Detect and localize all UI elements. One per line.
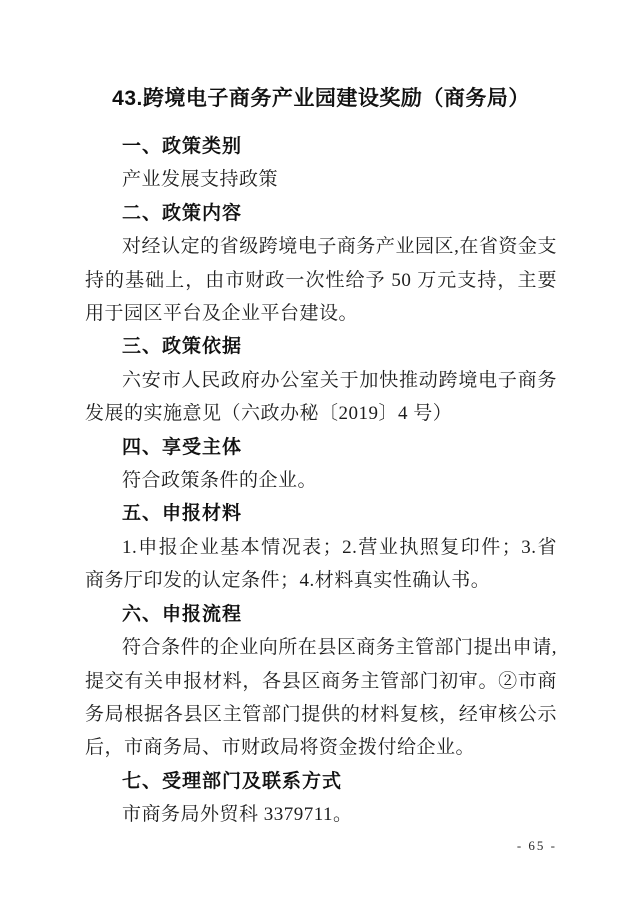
section-policy-category: 一、政策类别 产业发展支持政策 <box>85 130 557 197</box>
section-heading: 三、政策依据 <box>85 330 557 363</box>
section-body: 对经认定的省级跨境电子商务产业园区,在省资金支持的基础上，由市财政一次性给予 5… <box>85 230 557 330</box>
section-heading: 五、申报材料 <box>85 497 557 530</box>
section-policy-basis: 三、政策依据 六安市人民政府办公室关于加快推动跨境电子商务发展的实施意见（六政办… <box>85 330 557 430</box>
section-heading: 二、政策内容 <box>85 197 557 230</box>
section-heading: 六、申报流程 <box>85 598 557 631</box>
section-contact-info: 七、受理部门及联系方式 市商务局外贸科 3379711。 <box>85 765 557 832</box>
section-body: 产业发展支持政策 <box>85 163 557 196</box>
section-application-materials: 五、申报材料 1.申报企业基本情况表；2.营业执照复印件；3.省商务厅印发的认定… <box>85 497 557 597</box>
section-eligible-entities: 四、享受主体 符合政策条件的企业。 <box>85 431 557 498</box>
document-page: 43.跨境电子商务产业园建设奖励（商务局） 一、政策类别 产业发展支持政策 二、… <box>0 0 642 907</box>
section-heading: 七、受理部门及联系方式 <box>85 765 557 798</box>
section-body: 符合条件的企业向所在县区商务主管部门提出申请,提交有关申报材料，各县区商务主管部… <box>85 631 557 765</box>
section-body: 1.申报企业基本情况表；2.营业执照复印件；3.省商务厅印发的认定条件；4.材料… <box>85 531 557 598</box>
document-content: 43.跨境电子商务产业园建设奖励（商务局） 一、政策类别 产业发展支持政策 二、… <box>0 0 642 832</box>
page-number: - 65 - <box>517 838 557 854</box>
section-policy-content: 二、政策内容 对经认定的省级跨境电子商务产业园区,在省资金支持的基础上，由市财政… <box>85 197 557 331</box>
section-body: 市商务局外贸科 3379711。 <box>85 798 557 831</box>
section-application-process: 六、申报流程 符合条件的企业向所在县区商务主管部门提出申请,提交有关申报材料，各… <box>85 598 557 765</box>
section-heading: 四、享受主体 <box>85 431 557 464</box>
section-body: 符合政策条件的企业。 <box>85 464 557 497</box>
section-body: 六安市人民政府办公室关于加快推动跨境电子商务发展的实施意见（六政办秘〔2019〕… <box>85 364 557 431</box>
section-heading: 一、政策类别 <box>85 130 557 163</box>
page-title: 43.跨境电子商务产业园建设奖励（商务局） <box>85 84 557 114</box>
